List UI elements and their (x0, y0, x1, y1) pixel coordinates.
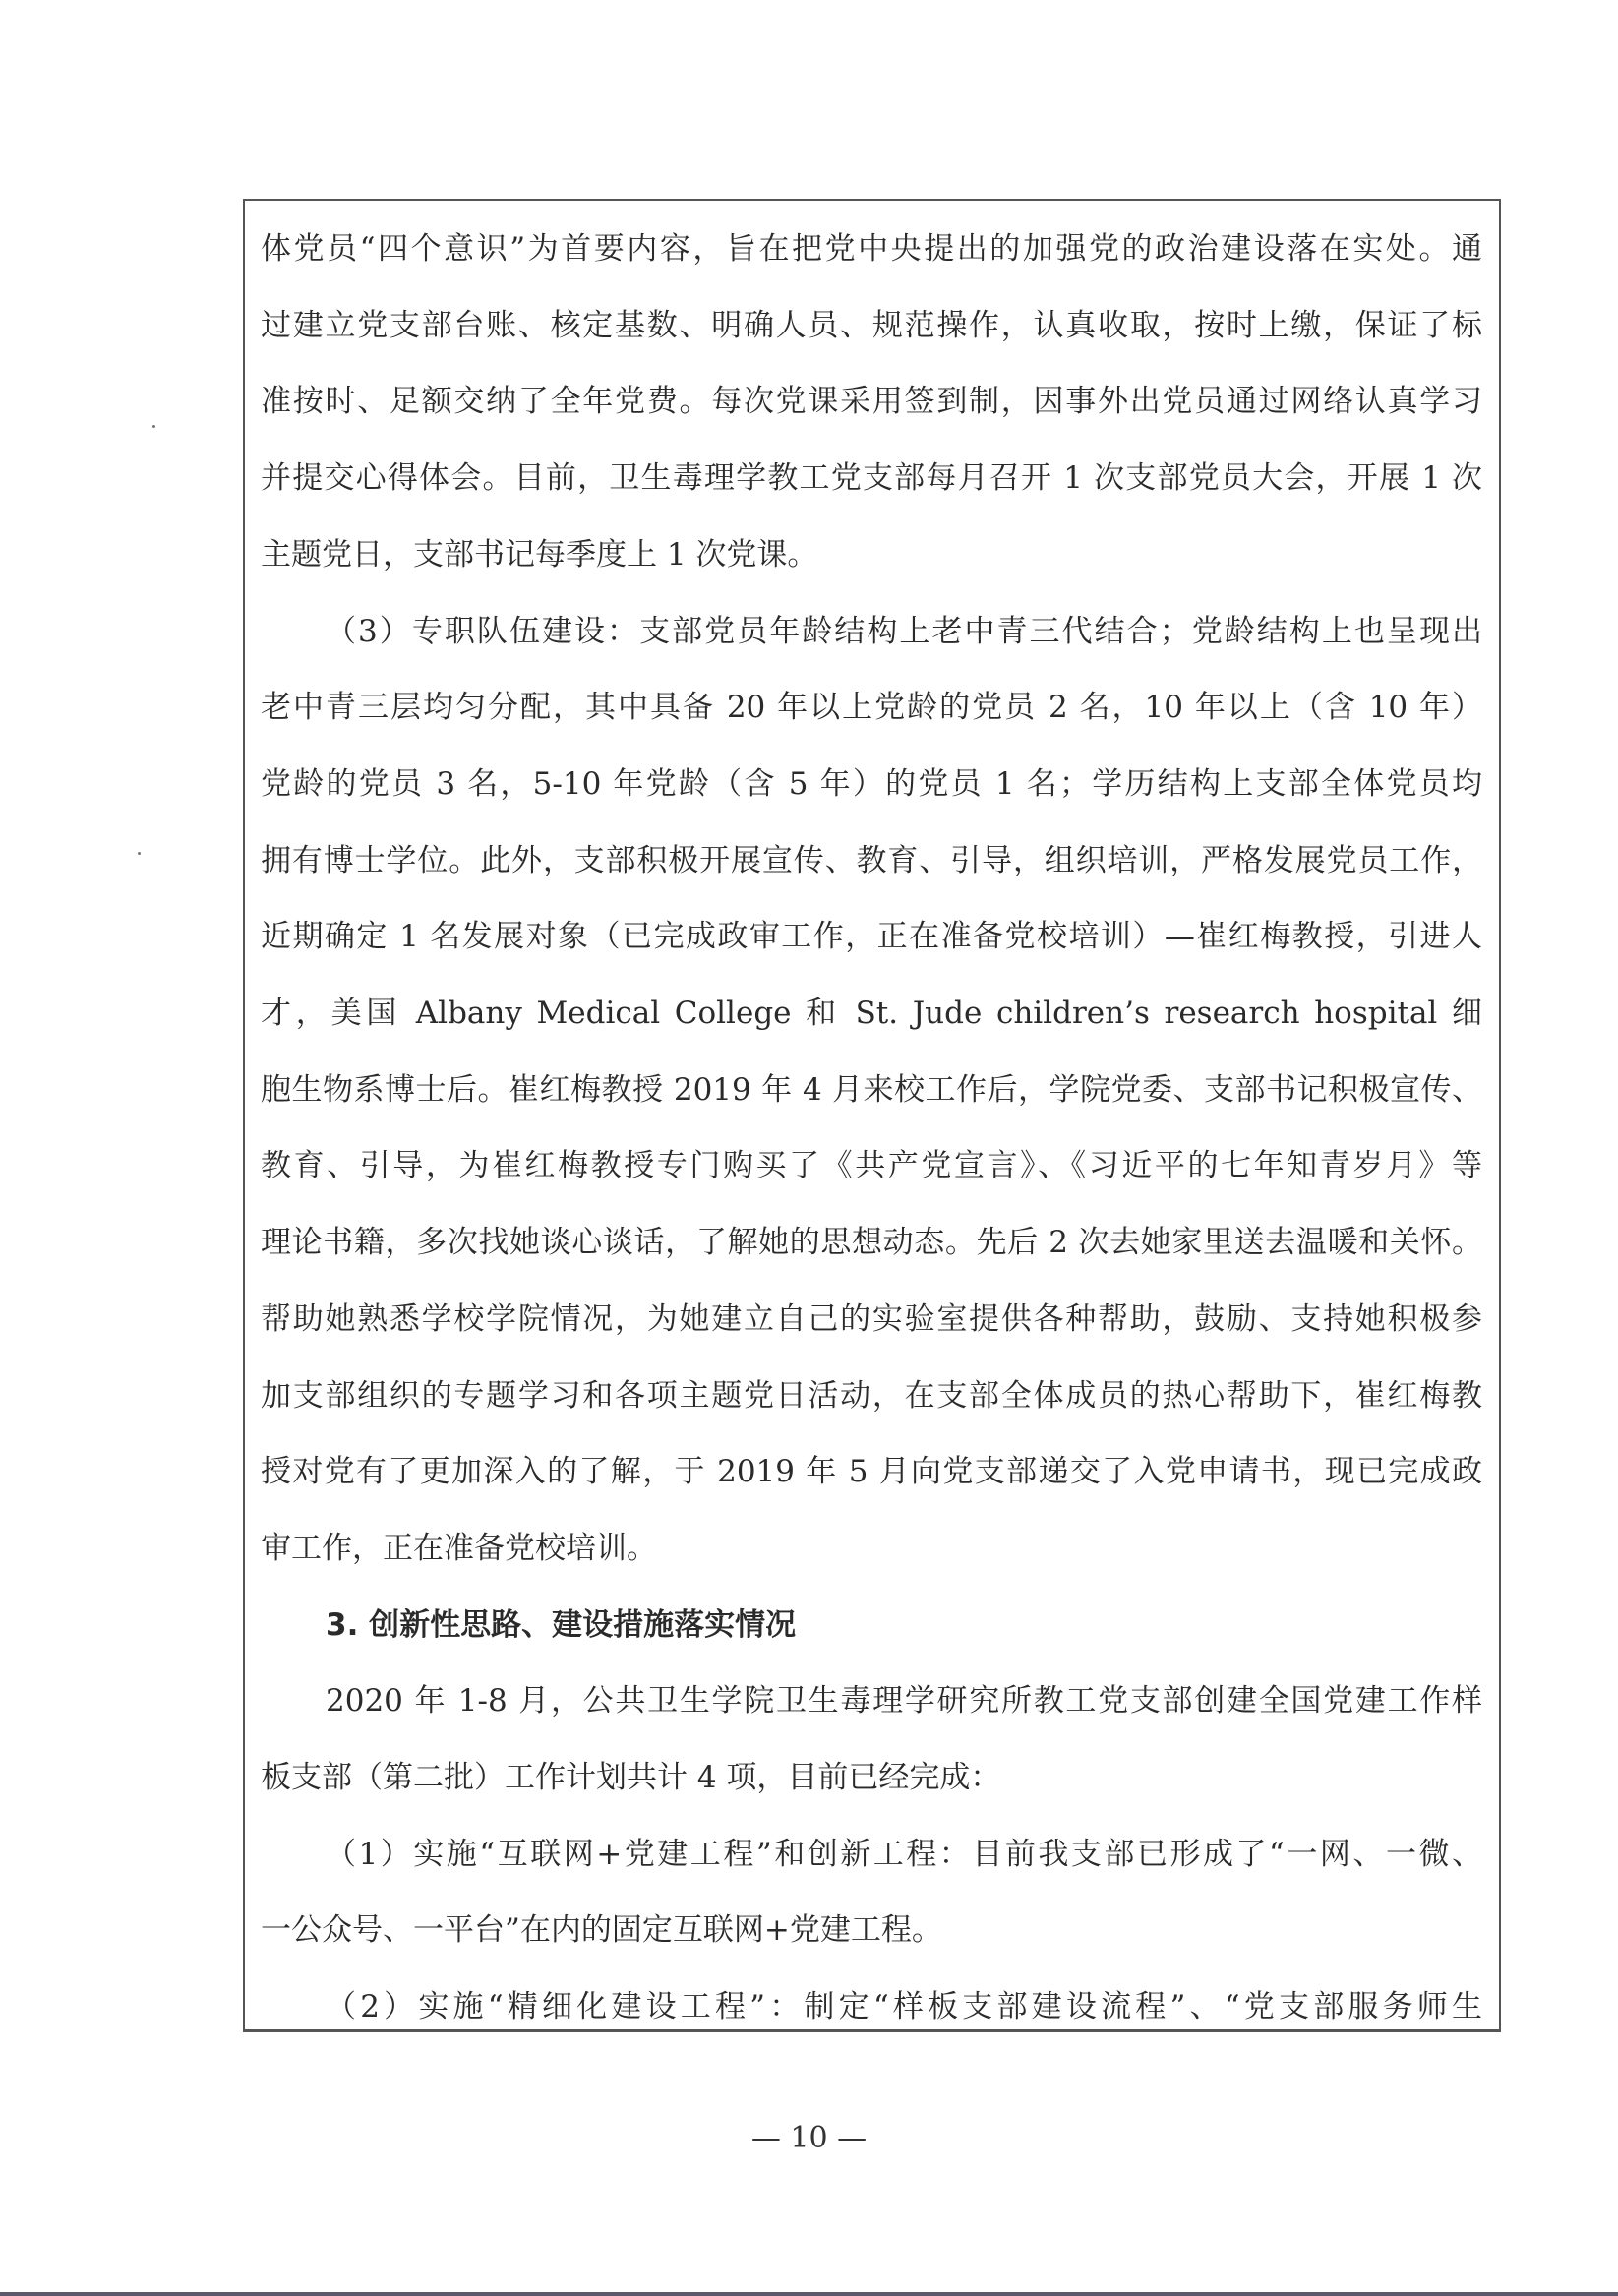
text-line: 加支部组织的专题学习和各项主题党日活动，在支部全体成员的热心帮助下，崔红梅教 (261, 1376, 1482, 1416)
scan-speck (138, 852, 141, 855)
text-line: 板支部（第二批）工作计划共计 4 项，目前已经完成： (261, 1758, 1482, 1797)
text-line: 近期确定 1 名发展对象（已完成政审工作，正在准备党校培训）—崔红梅教授，引进人 (261, 917, 1482, 956)
text-line: 2020 年 1-8 月，公共卫生学院卫生毒理学研究所教工党支部创建全国党建工作… (326, 1681, 1482, 1721)
text-line: 审工作，正在准备党校培训。 (261, 1529, 1482, 1568)
text-line: （3）专职队伍建设：支部党员年龄结构上老中青三代结合；党龄结构上也呈现出 (326, 612, 1482, 651)
text-line: 一公众号、一平台”在内的固定互联网+党建工程。 (261, 1910, 1482, 1950)
text-line: 帮助她熟悉学校学院情况，为她建立自己的实验室提供各种帮助，鼓励、支持她积极参 (261, 1299, 1482, 1339)
text-line: 准按时、足额交纳了全年党费。每次党课采用签到制，因事外出党员通过网络认真学习 (261, 382, 1482, 421)
section-heading: 3. 创新性思路、建设措施落实情况 (326, 1605, 1482, 1645)
scan-edge (0, 2292, 1618, 2296)
text-line: 胞生物系博士后。崔红梅教授 2019 年 4 月来校工作后，学院党委、支部书记积… (261, 1070, 1482, 1110)
text-line: 才，美国 Albany Medical College 和 St. Jude c… (261, 994, 1482, 1033)
text-line: （2）实施“精细化建设工程”：制定“样板支部建设流程”、“党支部服务师生 (326, 1987, 1482, 2026)
text-line: （1）实施“互联网+党建工程”和创新工程：目前我支部已形成了“一网、一微、 (326, 1835, 1482, 1874)
text-line: 老中青三层均匀分配，其中具备 20 年以上党龄的党员 2 名，10 年以上（含 … (261, 688, 1482, 727)
text-line: 授对党有了更加深入的了解，于 2019 年 5 月向党支部递交了入党申请书，现已… (261, 1452, 1482, 1491)
text-line: 过建立党支部台账、核定基数、明确人员、规范操作，认真收取，按时上缴，保证了标 (261, 306, 1482, 345)
text-line: 党龄的党员 3 名，5-10 年党龄（含 5 年）的党员 1 名；学历结构上支部… (261, 764, 1482, 804)
text-line: 拥有博士学位。此外，支部积极开展宣传、教育、引导，组织培训，严格发展党员工作， (261, 841, 1482, 880)
text-line: 教育、引导，为崔红梅教授专门购买了《共产党宣言》、《习近平的七年知青岁月》等 (261, 1146, 1482, 1185)
text-line: 体党员“四个意识”为首要内容，旨在把党中央提出的加强党的政治建设落在实处。通 (261, 229, 1482, 269)
page-number: — 10 — (0, 2121, 1618, 2155)
text-line: 主题党日，支部书记每季度上 1 次党课。 (261, 535, 1482, 574)
text-line: 理论书籍，多次找她谈心谈话，了解她的思想动态。先后 2 次去她家里送去温暖和关怀… (261, 1223, 1482, 1262)
scan-speck (152, 425, 155, 428)
text-line: 并提交心得体会。目前，卫生毒理学教工党支部每月召开 1 次支部党员大会，开展 1… (261, 458, 1482, 498)
